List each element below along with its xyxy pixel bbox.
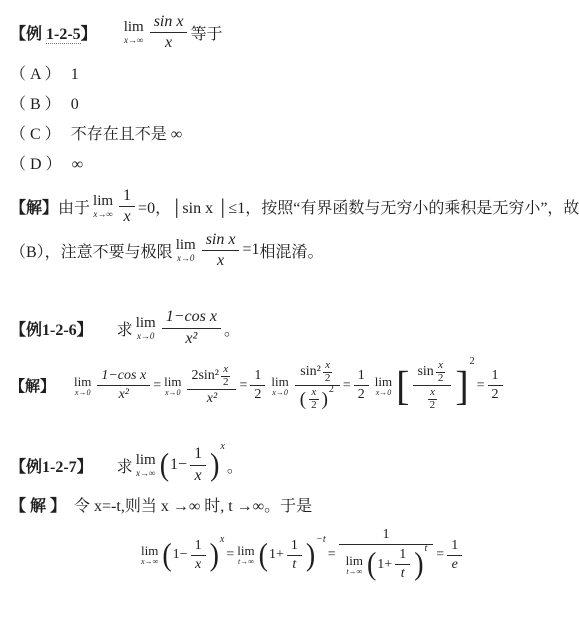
lim-subscript: x→∞ [141,558,158,566]
right-paren: ) [414,551,423,579]
solution-1-2-7-equation: lim x→∞ ( 1− 1 x ) x = lim t→∞ ( 1+ 1 t … [138,526,569,584]
fraction-one-half: 1 2 [250,367,265,404]
denominator: 2 [309,400,319,412]
fraction-step4: sin x 2 x 2 [413,359,451,412]
numerator: x [309,387,319,400]
numerator: x [428,387,438,400]
one-plus: 1+ [377,557,392,573]
fraction-one-half-result: 1 2 [488,367,503,404]
equals-sign: = [328,547,336,563]
lim-word: lim [124,20,144,35]
equals-sign: = [477,378,485,394]
limit-operator: lim x→0 [136,316,156,341]
solution-tag: 【解】 [10,195,58,218]
numerator: 1 [447,537,462,556]
lim-subscript: x→0 [75,389,91,397]
equals-sign: = [343,378,351,394]
option-d-value: ∞ [72,156,83,174]
question-lead: 求 [117,454,133,477]
example-tag: 【例1-2-7】 [10,454,93,477]
lim-word: lim [164,375,181,388]
fraction-sinx-over-x: sin x x [150,12,188,54]
left-paren: ( [162,541,171,569]
power-expression: ( 1+ 1 t ) t [366,546,429,583]
numerator: 1−cos x [97,367,150,386]
left-paren: ( [259,541,268,569]
denominator: x [213,251,228,271]
numerator: 1 [287,537,302,556]
fraction-step3: sin² x 2 ( x 2 ) 2 [295,359,340,412]
denominator: x² [181,329,201,349]
fraction-x-over-2: x 2 [323,360,333,384]
option-c-value: 不存在且不是 ∞ [71,126,182,144]
numerator: 1 [190,444,206,465]
left-paren: ( [300,390,306,409]
lim-word: lim [346,554,363,567]
lim-subscript: x→∞ [136,469,155,478]
equals-one-text: =1 [242,241,259,259]
numerator: 1−cos x [162,307,221,328]
right-bracket: ] [455,368,468,403]
lim-word: lim [93,194,113,209]
denominator: ( x 2 ) 2 [295,386,340,412]
denominator: e [448,556,462,574]
question-suffix: 等于 [190,21,222,44]
limit-operator: lim x→∞ [93,194,113,219]
lim-word: lim [176,238,196,253]
exponent-t: t [425,543,428,555]
equals-sign: = [226,547,234,563]
one-minus: 1− [170,456,187,474]
denominator: 2 [436,373,446,385]
example-1-2-5-header: 【例 1-2-5】 lim x→∞ sin x x 等于 [10,12,569,54]
fraction-one-over-x: 1 x [191,537,206,574]
exponent-2: 2 [329,384,334,396]
denominator: lim t→∞ ( 1+ 1 t ) t [339,545,434,584]
fraction-sinx-over-x: sin x x [202,230,240,272]
equals-sign: = [153,378,161,394]
solution-1-2-5-line-2: （B），注意不要与极限 lim x→0 sin x x =1 相混淆。 [10,230,569,272]
lim-subscript: t→∞ [346,568,362,576]
denominator: 2 [354,386,369,404]
numerator: 1 [250,367,265,386]
denominator: 2 [250,386,265,404]
denominator: x [161,33,176,53]
lim-word: lim [237,544,254,557]
fraction-one-over-t: 1 t [287,537,302,574]
fraction-step1: 1−cos x x² [97,367,150,404]
numerator: x [323,360,333,373]
equals-zero-text: =0， [138,195,171,218]
limit-operator: lim x→∞ [136,453,156,478]
denominator: 2 [323,373,333,385]
bracketed-expression: [ sin x 2 x 2 ] 2 [395,359,477,412]
lim-word: lim [136,453,156,468]
lim-subscript: x→0 [165,389,181,397]
substitution-text: 令 x=-t,则当 x →∞ 时, t →∞。于是 [74,496,312,518]
limit-operator: lim x→0 [164,375,181,397]
abs-sinx-text: │sin x │≤1， [171,195,261,218]
lim-subscript: x→0 [177,254,195,263]
fraction-x-over-2: x 2 [428,387,438,411]
solution-1-2-6-equation: 【解】 lim x→0 1−cos x x² = lim x→0 2sin² x… [10,359,569,412]
exponent-x: x [220,441,224,452]
example-1-2-7-header: 【例1-2-7】 求 lim x→∞ ( 1− 1 x ) x 。 [10,444,569,486]
limit-operator: lim x→0 [271,375,288,397]
numerator: sin x [202,230,240,251]
lim-word: lim [74,375,91,388]
denominator: x [119,207,134,227]
numerator: x [436,360,446,373]
left-bracket: [ [396,368,409,403]
denominator: 2 [221,377,231,389]
period: 。 [227,454,243,477]
limit-operator: lim x→∞ [124,20,144,45]
equals-sign: = [436,547,444,563]
denominator: t [397,565,409,583]
fraction-one-over-t: 1 t [395,546,410,583]
solution-1-2-7-text: 【 解 】 令 x=-t,则当 x →∞ 时, t →∞。于是 [10,496,569,518]
confuse-tail-text: 相混淆。 [260,239,324,262]
lim-word: lim [136,316,156,331]
denominator: 2 [488,386,503,404]
fraction-x-over-2: x 2 [436,360,446,384]
option-b: （ B ） 0 [10,96,569,114]
fraction-x-over-2: x 2 [309,387,319,411]
solution-tag: 【解】 [10,375,55,396]
power-expression: ( 1− 1 x ) x [161,537,226,574]
one-plus: 1+ [269,547,284,563]
big-fraction-reciprocal: 1 lim t→∞ ( 1+ 1 t ) t [339,526,434,584]
example-tag: 【例 1-2-5】 [10,21,97,44]
lim-subscript: x→0 [376,389,392,397]
numerator: x [221,364,231,377]
numerator: 1 [339,526,434,545]
question-lead: 求 [117,317,133,340]
denominator: x 2 [422,386,444,412]
option-c: （ C ） 不存在且不是 ∞ [10,126,569,144]
denominator: x² [203,390,221,408]
numerator: 2sin² x 2 [187,363,236,390]
fraction-step2: 2sin² x 2 x² [187,363,236,408]
numerator: sin x [150,12,188,33]
limit-operator: lim x→∞ [141,544,158,566]
lim-word: lim [375,375,392,388]
sin-word: sin [417,364,433,380]
solution-tag: 【 解 】 [10,496,66,518]
numerator: sin x 2 [413,359,451,386]
exponent-neg-t: −t [316,534,326,545]
power-expression: ( 1+ 1 t ) −t [258,537,328,574]
sin-squared: sin² [300,364,321,380]
right-paren: ) [210,451,219,479]
right-paren: ) [306,541,315,569]
example-tag: 【例1-2-6】 [10,317,93,340]
numerator: 1 [119,186,135,207]
limit-operator: lim t→∞ [237,544,254,566]
numerator: sin² x 2 [295,359,340,386]
lim-word: lim [271,375,288,388]
right-paren: ) [210,541,219,569]
fraction-one-over-e: 1 e [447,537,462,574]
fraction-x-over-2: x 2 [221,364,231,388]
option-d: （ D ） ∞ [10,156,569,174]
limit-operator: lim t→∞ [346,554,363,576]
limit-operator: lim x→0 [375,375,392,397]
numerator: 1 [191,537,206,556]
left-paren: ( [367,551,376,579]
fraction-one-half: 1 2 [354,367,369,404]
left-paren: ( [160,451,169,479]
lim-word: lim [141,544,158,557]
denominator: x [191,556,205,574]
lim-subscript: x→0 [272,389,288,397]
fraction-one-over-x: 1 x [119,186,135,228]
fraction-one-over-x: 1 x [190,444,206,486]
solution-lead: 由于 [58,195,90,218]
lim-subscript: x→∞ [93,210,112,219]
option-d-label: （ D ） [10,156,62,174]
answer-b-text: （B），注意不要与极限 [10,239,173,262]
right-paren: ) [322,390,328,409]
one-minus: 1− [173,547,188,563]
example-1-2-6-header: 【例1-2-6】 求 lim x→0 1−cos x x² 。 [10,307,569,349]
lim-subscript: t→∞ [238,558,254,566]
denominator: x [191,466,206,486]
numerator: 1 [354,367,369,386]
example-tag-post: 】 [81,26,97,43]
limit-operator: lim x→0 [74,375,91,397]
fraction-1-minus-cosx-over-x2: 1−cos x x² [162,307,221,349]
option-c-label: （ C ） [10,126,61,144]
denominator: t [288,556,300,574]
denominator: x² [115,386,133,404]
option-a-value: 1 [71,66,79,84]
solution-rule-text: 按照“有界函数与无穷小的乘积是无穷小”，故应选 [261,195,579,218]
two-sin-squared: 2sin² [191,368,219,384]
exponent-2: 2 [470,356,475,367]
option-b-label: （ B ） [10,96,61,114]
option-a: （ A ） 1 [10,66,569,84]
exponent-x: x [220,534,224,545]
solution-1-2-5-line-1: 【解】 由于 lim x→∞ 1 x =0， │sin x │≤1， 按照“有界… [10,186,569,228]
example-number: 1-2-5 [46,26,81,44]
power-expression: ( 1− 1 x ) x [159,444,227,486]
numerator: 1 [395,546,410,565]
lim-subscript: x→0 [137,332,155,341]
limit-operator: lim x→0 [176,238,196,263]
denominator: 2 [428,400,438,412]
option-b-value: 0 [71,96,79,114]
lim-subscript: x→∞ [124,36,143,45]
option-a-label: （ A ） [10,66,61,84]
period: 。 [224,317,240,340]
numerator: 1 [488,367,503,386]
example-tag-pre: 【例 [10,26,46,43]
equals-sign: = [239,378,247,394]
